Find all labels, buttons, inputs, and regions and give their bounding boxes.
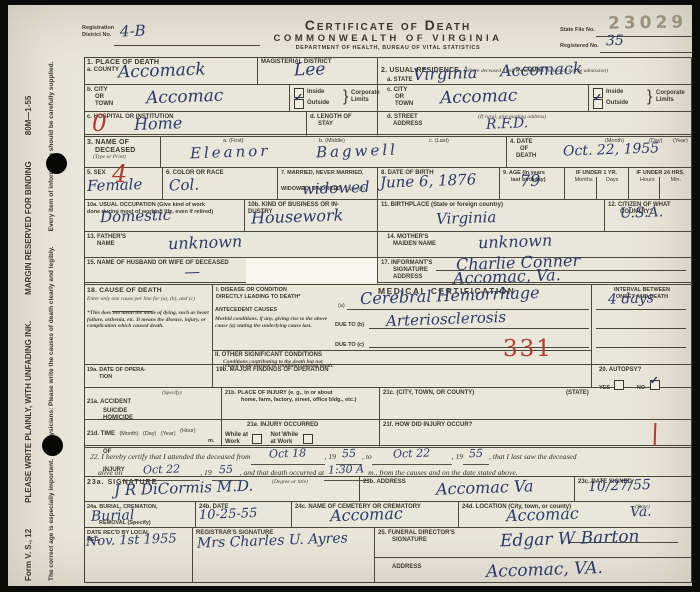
residence-outside-checkbox: ✓ <box>593 99 603 109</box>
not-while-at-work-checkbox <box>303 434 313 444</box>
cemetery-name-value: Accomac <box>330 504 403 526</box>
date-of-birth-value: June 6, 1876 <box>380 170 477 191</box>
certificate-paper: Form V. S., 12 PLEASE WRITE PLAINLY, WIT… <box>8 5 692 586</box>
field-street-address: d. STREET ADDRESS (If rural, give mailin… <box>378 112 692 137</box>
underline <box>114 45 260 46</box>
divider <box>596 177 597 200</box>
brace-glyph: } <box>343 88 348 106</box>
divider <box>659 177 660 200</box>
margin-note-supplied: Every item of information should be care… <box>48 62 55 232</box>
corporate-label: Corporate <box>351 90 380 97</box>
street-address-value: R.F.D. <box>486 115 529 132</box>
death-time-value: 1:30 A <box>328 462 365 477</box>
limits-label: Limits <box>351 97 380 104</box>
attended-from-value: Oct 18 <box>269 446 307 461</box>
document-subtitle: COMMONWEALTH OF VIRGINIA <box>258 33 518 44</box>
field-residence-corporate-limits: Inside ✓Outside } Corporate Limits <box>589 85 692 112</box>
father-name-value: unknown <box>168 232 243 254</box>
husband-wife-value: — <box>184 262 201 282</box>
cause-c-line <box>369 347 589 348</box>
margin-form-no: Form V. S., 12 <box>24 529 33 581</box>
citizen-value: U.S.A. <box>620 204 664 221</box>
date-received-value: Nov. 1st 1955 <box>86 531 177 549</box>
date-signed-value: 10/27/55 <box>588 477 651 495</box>
residence-county-value: Accomack <box>500 59 583 81</box>
document-title: Certificate of Death <box>258 17 518 33</box>
field-if-under-24hrs: IF UNDER 24 HRS. Hours Min. <box>629 168 692 200</box>
registered-no-label: Registered No. <box>560 43 599 50</box>
while-at-work-checkbox <box>252 434 262 444</box>
registered-no-value: 35 <box>606 33 624 50</box>
field-how-injury-occurred: 21f. HOW DID INJURY OCCUR? <box>380 420 692 448</box>
funeral-director-address-value: Accomac, VA. <box>486 558 604 582</box>
burial-date-value: 10-25-55 <box>199 506 258 523</box>
margin-form-code: 80M—1-55 <box>24 96 33 136</box>
mother-maiden-name-value: unknown <box>478 231 553 253</box>
interval-value: 4 days <box>608 290 654 308</box>
correction-patch <box>246 258 377 283</box>
birthplace-value: Virginia <box>436 208 497 228</box>
margin-reserved: MARGIN RESERVED FOR BINDING <box>24 161 33 295</box>
check-mark: ✓ <box>593 93 602 104</box>
occupation-value: Domestic <box>100 206 172 226</box>
registration-district-label: Registration District No. <box>82 25 114 38</box>
field-cause-of-death-notes: 18. CAUSE OF DEATH Enter only one cause … <box>84 285 213 365</box>
field-place-corporate-limits: Inside ✓Outside } Corporate Limits <box>290 85 378 112</box>
first-name-value: Eleanor <box>190 142 271 163</box>
margin-text-outer: Form V. S., 12 PLEASE WRITE PLAINLY, WIT… <box>24 96 33 581</box>
red-331-mark: 331 <box>503 336 553 362</box>
margin-write-plainly: PLEASE WRITE PLAINLY, WITH UNFADING INK. <box>24 321 33 503</box>
check-mark: ✓ <box>294 93 303 104</box>
alive-on-value: Oct 22 <box>142 462 180 477</box>
check-mark: ✓ <box>650 374 659 387</box>
field-date-of-operation: 19a. DATE OF OPERA- TION <box>84 365 213 388</box>
field-injury-occurred: 21e. INJURY OCCURRED While at Work Not W… <box>222 420 380 448</box>
interval-line-a <box>596 309 686 310</box>
field-injury-city-state: 21c. (CITY, TOWN, OR COUNTY) (STATE) <box>380 388 692 420</box>
field-length-of-stay: d. LENGTH OF STAY <box>307 112 378 137</box>
hospital-label: c. HOSPITAL OR INSTITUTION <box>87 114 303 121</box>
red-zero-mark: 0 <box>92 111 107 137</box>
conditions-note-2: related to the disease or condition caus… <box>223 363 334 370</box>
date-of-death-value: Oct. 22, 1955 <box>563 140 660 159</box>
alive-on-year: 55 <box>218 463 232 477</box>
last-name-value: Bagwell <box>316 141 398 162</box>
inside-label: Inside <box>307 89 324 95</box>
attended-to-value: Oct 22 <box>393 446 431 461</box>
outside-label: Outside <box>307 100 329 106</box>
place-county-value: Accomack <box>118 59 206 82</box>
place-city-value: Accomac <box>146 86 224 109</box>
interval-line-c <box>596 347 686 348</box>
margin-note-physicians: Physicians: Please write the causes of d… <box>48 246 55 444</box>
business-value: Housework <box>251 205 344 227</box>
race-value: Col. <box>169 175 200 194</box>
document-department: DEPARTMENT OF HEALTH, BUREAU OF VITAL ST… <box>258 45 518 51</box>
cemetery-location-value: Accomac <box>506 504 579 526</box>
margin-note-age: The correct age is especially important. <box>48 459 55 581</box>
field-hospital: c. HOSPITAL OR INSTITUTION <box>84 112 307 137</box>
state-file-label: State File No. <box>560 27 595 34</box>
attended-from-year: 55 <box>342 447 356 461</box>
margin-text-inner: The correct age is especially important.… <box>48 62 55 581</box>
last-name-label: c. (Last) <box>429 138 449 145</box>
cemetery-state-value: Va. <box>630 504 652 521</box>
magisterial-district-value: Lee <box>294 59 326 80</box>
age-value: 79 <box>520 171 541 191</box>
marital-status-value: widowed <box>302 178 370 198</box>
underline <box>600 52 692 53</box>
red-four-mark: 4 <box>112 160 127 188</box>
burial-type-value: Burial <box>91 507 135 525</box>
punch-hole <box>42 435 63 456</box>
residence-city-value: Accomac <box>440 86 518 109</box>
state-file-number-stamp: 23029 <box>608 12 687 33</box>
field-place-of-injury: 21b. PLACE OF INJURY (e. g., in or about… <box>222 388 380 420</box>
brace-glyph: } <box>647 88 652 106</box>
field-if-under-1yr: IF UNDER 1 YR. Months Days <box>565 168 629 200</box>
interval-line-b <box>596 328 686 329</box>
scanned-death-certificate-photo: Form V. S., 12 PLEASE WRITE PLAINLY, WIT… <box>0 0 700 592</box>
field-certification-statement: 22. I hereby certify that I attended the… <box>84 448 692 477</box>
divider <box>112 311 152 312</box>
field-time-of-injury: 21d. TIME (Month) (Day) (Year) OF INJURY… <box>84 420 222 448</box>
field-autopsy: 20. AUTOPSY? YES NO ✓ <box>592 365 692 388</box>
place-outside-checkbox: ✓ <box>294 99 304 109</box>
residence-state-value: Virginia <box>413 63 478 84</box>
field-accident-suicide-homicide: 21a. ACCIDENT (Specify) SUICIDE HOMICIDE <box>84 388 222 420</box>
attended-to-year: 55 <box>469 447 483 461</box>
physician-address-value: Accomac Va <box>436 476 534 498</box>
punch-hole <box>46 153 67 174</box>
hospital-value: Home <box>134 113 183 134</box>
registration-district-value: 4-B <box>120 22 146 41</box>
